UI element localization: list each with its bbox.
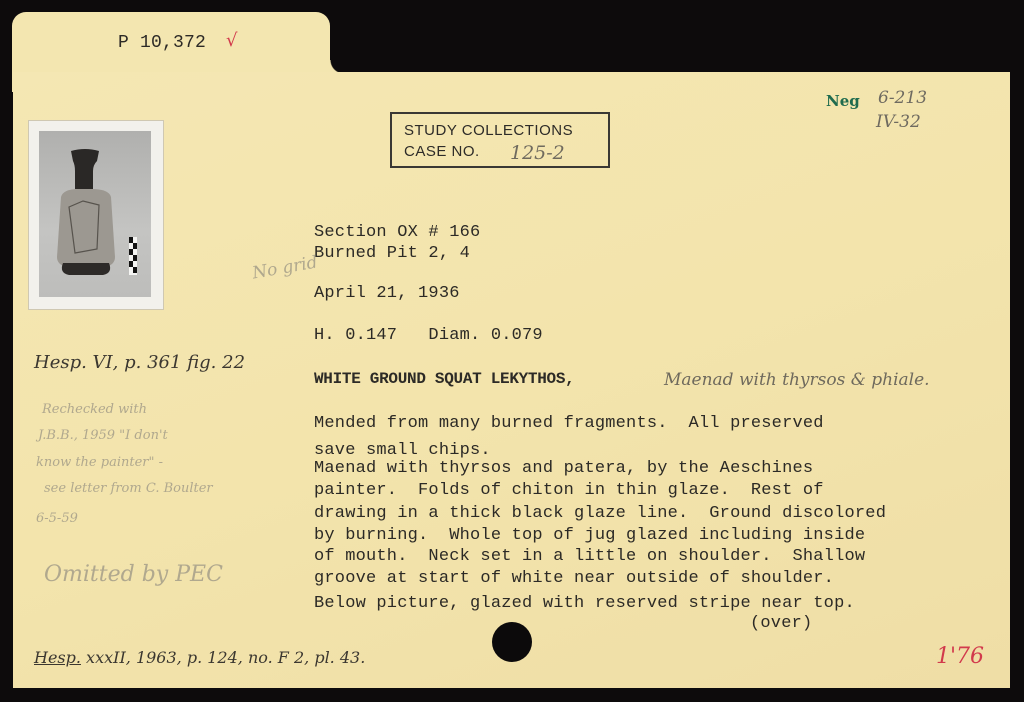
case-number: 125-2: [510, 142, 565, 164]
object-photo: [28, 120, 164, 310]
description-line-5: drawing in a thick black glaze line. Gro…: [314, 504, 886, 523]
hesperia-reference-2: Hesp. xxxII, 1963, p. 124, no. F 2, pl. …: [34, 648, 365, 667]
description-line-2: save small chips.: [314, 441, 491, 460]
over-indicator: (over): [750, 614, 812, 633]
catalog-number: P 10,372: [118, 33, 206, 53]
description-line-1: Mended from many burned fragments. All p…: [314, 414, 824, 433]
date-line: April 21, 1936: [314, 284, 460, 303]
description-line-7: of mouth. Neck set in a little on should…: [314, 547, 865, 566]
hesperia-reference-1: Hesp. VI, p. 361 fig. 22: [34, 352, 245, 373]
note-line-4: see letter from C. Boulter: [44, 481, 213, 496]
description-line-3: Maenad with thyrsos and patera, by the A…: [314, 459, 813, 478]
object-title: WHITE GROUND SQUAT LEKYTHOS,: [314, 370, 574, 388]
dimensions-line: H. 0.147 Diam. 0.079: [314, 326, 543, 345]
note-line-1: Rechecked with: [42, 402, 147, 417]
description-line-6: by burning. Whole top of jug glazed incl…: [314, 526, 865, 545]
negative-number-1: 6-213: [878, 88, 927, 108]
title-addendum-note: Maenad with thyrsos & phiale.: [664, 370, 930, 390]
description-line-9: Below picture, glazed with reserved stri…: [314, 594, 855, 613]
photo-print: [39, 131, 151, 297]
study-collections-stamp: STUDY COLLECTIONS CASE NO. 125-2: [390, 112, 610, 168]
negative-label: Neg: [826, 92, 860, 110]
punch-hole: [492, 622, 532, 662]
stamp-line-2: CASE NO.: [404, 143, 480, 160]
stamp-line-1: STUDY COLLECTIONS: [404, 122, 573, 139]
note-line-2: J.B.B., 1959 "I don't: [38, 428, 168, 443]
description-line-4: painter. Folds of chiton in thin glaze. …: [314, 481, 824, 500]
red-check-mark: √: [226, 30, 237, 51]
negative-number-2: IV-32: [876, 112, 921, 132]
hesperia-abbrev: Hesp.: [34, 648, 81, 667]
corner-number: 1'76: [936, 644, 984, 669]
note-line-5: 6-5-59: [36, 511, 78, 526]
hesperia-citation: xxxII, 1963, p. 124, no. F 2, pl. 43.: [81, 648, 365, 667]
section-line: Section OX # 166: [314, 223, 480, 242]
description-line-8: groove at start of white near outside of…: [314, 569, 834, 588]
omitted-note: Omitted by PEC: [44, 562, 223, 587]
location-line: Burned Pit 2, 4: [314, 244, 470, 263]
note-line-3: know the painter" -: [36, 455, 163, 470]
lekythos-image-icon: [39, 131, 151, 297]
